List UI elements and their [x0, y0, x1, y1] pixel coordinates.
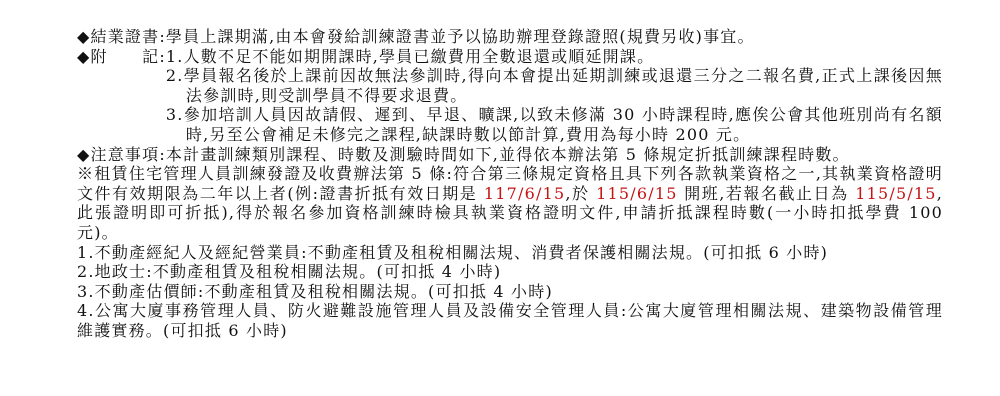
notice-text: 本計畫訓練類別課程、時數及測驗時間如下,並得依本辦法第 5 條規定折抵訓練課程時…	[166, 145, 850, 164]
note-segment: ,於	[565, 184, 596, 203]
regulation-note-paragraph: ※租賃住宅管理人員訓練發證及收費辦法第 5 條:符合第三條規定資格且具下列各款執…	[77, 164, 943, 242]
remarks-block: ◆附 記: 1.人數不足不能如期開課時,學員已繳費用全數退還或順延開課。 2.學…	[77, 47, 943, 145]
date-highlight: 115/6/15	[596, 184, 677, 203]
qualification-item-1: 1.不動產經紀人及經紀營業員:不動產租賃及租稅相關法規、消費者保護相關法規。(可…	[77, 243, 943, 263]
diamond-bullet-icon: ◆	[77, 47, 91, 66]
remarks-label-text: 附 記:	[91, 47, 166, 66]
completion-cert-label: 結業證書:	[91, 27, 166, 46]
notice-label: 注意事項:	[91, 145, 166, 164]
qualification-item-4: 4.公寓大廈事務管理人員、防火避難設施管理人員及設備安全管理人員:公寓大廈管理相…	[77, 301, 943, 340]
diamond-bullet-icon: ◆	[77, 145, 91, 164]
date-highlight: 115/5/15	[855, 184, 936, 203]
remarks-item-3: 3.參加培訓人員因故請假、遲到、早退、曠課,以致未修滿 30 小時課程時,應俟公…	[166, 105, 943, 144]
remarks-item-2: 2.學員報名後於上課前因故無法參訓時,得向本會提出延期訓練或退還三分之二報名費,…	[166, 66, 943, 105]
date-highlight: 117/6/15	[484, 184, 565, 203]
note-segment: 開班,若報名截止日為	[678, 184, 856, 203]
qualification-list: 1.不動產經紀人及經紀營業員:不動產租賃及租稅相關法規、消費者保護相關法規。(可…	[77, 243, 943, 341]
qualification-item-3: 3.不動產估價師:不動產租賃及租稅相關法規。(可扣抵 4 小時)	[77, 282, 943, 302]
notice-line: ◆注意事項:本計畫訓練類別課程、時數及測驗時間如下,並得依本辦法第 5 條規定折…	[77, 145, 943, 165]
remarks-sub-list: 1.人數不足不能如期開課時,學員已繳費用全數退還或順延開課。 2.學員報名後於上…	[166, 47, 943, 145]
completion-cert-line: ◆結業證書:學員上課期滿,由本會發給訓練證書並予以協助辦理登錄證照(規費另收)事…	[77, 27, 943, 47]
document-page: ◆結業證書:學員上課期滿,由本會發給訓練證書並予以協助辦理登錄證照(規費另收)事…	[0, 0, 1000, 396]
remarks-item-1: 1.人數不足不能如期開課時,學員已繳費用全數退還或順延開課。	[166, 47, 943, 67]
remarks-label: ◆附 記:	[77, 47, 166, 67]
qualification-item-2: 2.地政士:不動產租賃及租稅相關法規。(可扣抵 4 小時)	[77, 262, 943, 282]
diamond-bullet-icon: ◆	[77, 27, 91, 46]
completion-cert-text: 學員上課期滿,由本會發給訓練證書並予以協助辦理登錄證照(規費另收)事宜。	[166, 27, 755, 46]
document-body: ◆結業證書:學員上課期滿,由本會發給訓練證書並予以協助辦理登錄證照(規費另收)事…	[77, 27, 943, 341]
reference-asterisk-icon: ※	[77, 164, 94, 183]
